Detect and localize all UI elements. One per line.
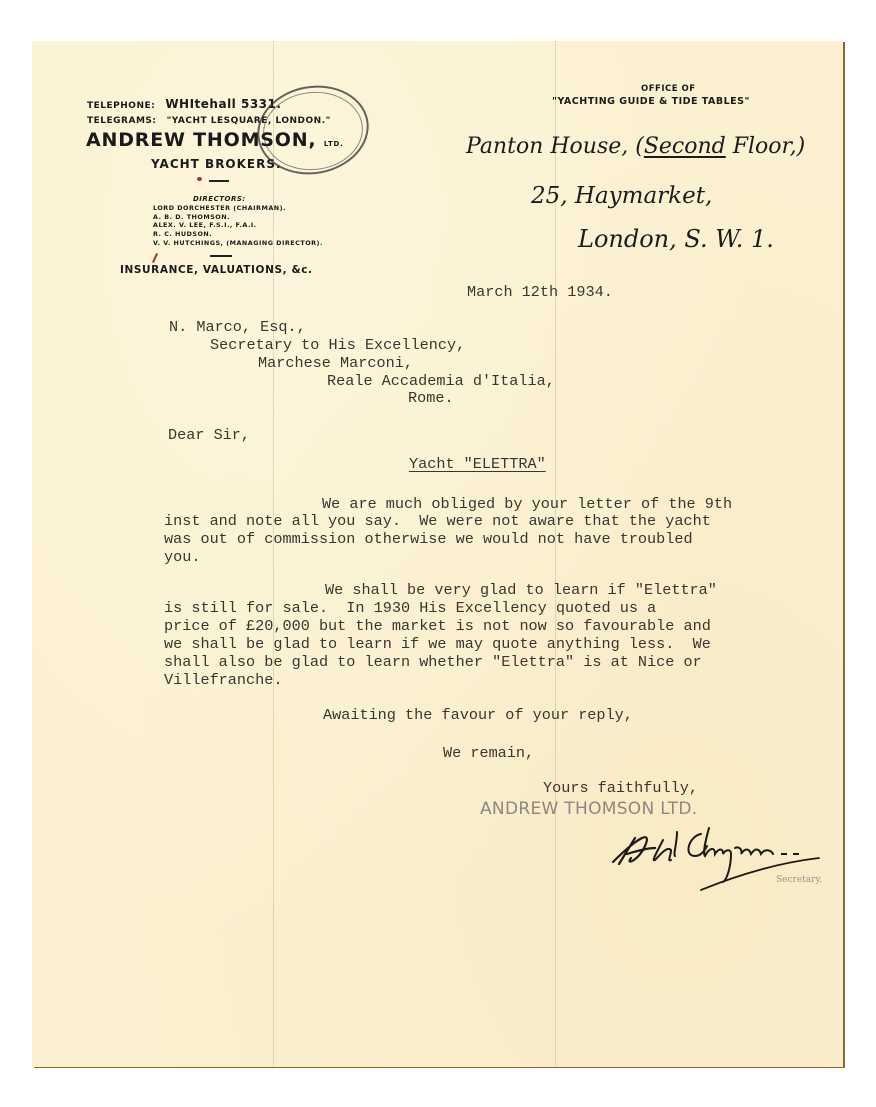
directors-list: Lord Dorchester (Chairman). A. B. D. Tho… [153, 204, 323, 248]
paragraph-1-line: inst and note all you say. We were not a… [164, 512, 711, 530]
director-item: V. V. Hutchings, (Managing Director). [153, 239, 323, 248]
director-item: Alex. V. Lee, F.S.I., F.A.I. [153, 221, 323, 230]
director-item: R. C. Hudson. [153, 230, 323, 239]
address-line-2: 25, Haymarket, [531, 183, 712, 209]
paragraph-2-line: Villefranche. [164, 671, 282, 689]
address-line-1-underlined: Second [644, 134, 726, 159]
paragraph-2-line: price of £20,000 but the market is not n… [164, 617, 711, 635]
closing-line: Awaiting the favour of your reply, [323, 706, 633, 724]
subject-line: Yacht "ELETTRA" [409, 455, 546, 473]
recipient-line: Rome. [408, 389, 454, 407]
recipient-line: Marchese Marconi, [258, 354, 413, 372]
closing-line: We remain, [443, 744, 534, 762]
company-stamp: ANDREW THOMSON LTD. [480, 799, 697, 819]
address-line-1-suffix: Floor,) [726, 134, 805, 159]
divider [210, 255, 232, 257]
telegrams-label: Telegrams: [87, 116, 157, 126]
closing-line: Yours faithfully, [543, 779, 698, 797]
fold-line [273, 41, 274, 1067]
address-line-1-prefix: Panton House, ( [466, 134, 644, 159]
signature-icon [605, 820, 835, 900]
services-line: INSURANCE, VALUATIONS, &c. [120, 264, 313, 276]
company-subtitle: YACHT BROKERS. [151, 157, 282, 171]
recipient-line: Reale Accademia d'Italia, [327, 372, 555, 390]
address-line-1: Panton House, (Second Floor,) [466, 134, 805, 159]
stamp-title: Secretary. [776, 875, 822, 885]
salutation: Dear Sir, [168, 426, 250, 444]
paragraph-2-line: shall also be glad to learn whether "Ele… [164, 653, 702, 671]
office-of-label: OFFICE OF [641, 84, 696, 94]
paragraph-1-line: We are much obliged by your letter of th… [322, 495, 732, 513]
letter-paper [32, 41, 843, 1067]
recipient-line: N. Marco, Esq., [169, 318, 306, 336]
paragraph-2-line: is still for sale. In 1930 His Excellenc… [164, 599, 656, 617]
divider [209, 180, 229, 182]
paragraph-2-line: we shall be glad to learn if we may quot… [164, 635, 711, 653]
publication-title: "YACHTING GUIDE & TIDE TABLES" [552, 96, 750, 107]
director-item: Lord Dorchester (Chairman). [153, 204, 323, 213]
address-line-3: London, S. W. 1. [578, 225, 774, 253]
letter-date: March 12th 1934. [467, 283, 613, 301]
paragraph-1-line: you. [164, 548, 200, 566]
directors-heading: Directors: [193, 195, 246, 203]
paragraph-2-line: We shall be very glad to learn if "Elett… [325, 581, 717, 599]
ink-spot [197, 177, 202, 181]
paragraph-1-line: was out of commission otherwise we would… [164, 530, 693, 548]
director-item: A. B. D. Thomson. [153, 213, 323, 222]
recipient-line: Secretary to His Excellency, [210, 336, 465, 354]
